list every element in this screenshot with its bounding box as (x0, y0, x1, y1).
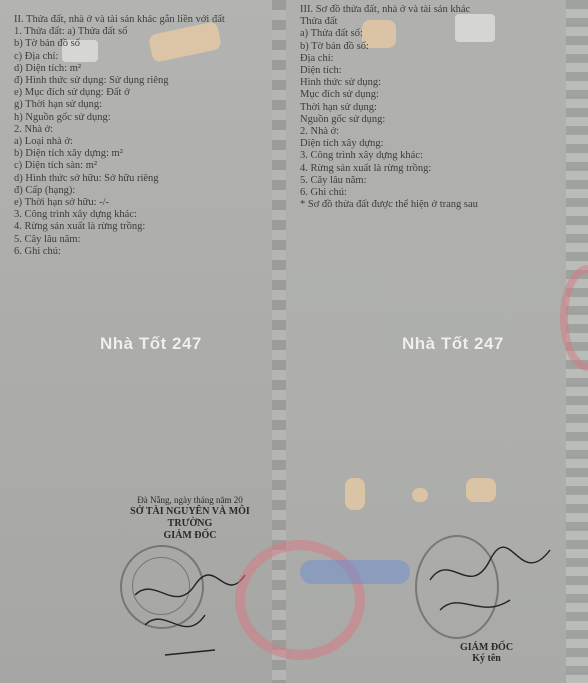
stain-mark (466, 478, 496, 502)
text-line: c) Địa chỉ: (14, 51, 264, 63)
text-line: III. Sơ đồ thửa đất, nhà ở và tài sản kh… (300, 4, 550, 16)
text-line: Hình thức sử dụng: (300, 77, 550, 89)
stain-mark (412, 488, 428, 502)
right-page-text: III. Sơ đồ thửa đất, nhà ở và tài sản kh… (300, 4, 550, 211)
text-line: 4. Rừng sản xuất là rừng trồng: (300, 163, 550, 175)
text-line: 3. Công trình xây dựng khác: (14, 209, 264, 221)
text-line: 6. Ghi chú: (300, 187, 550, 199)
text-line: c) Diện tích sàn: m² (14, 160, 264, 172)
text-line: a) Loại nhà ở: (14, 136, 264, 148)
issue-date: Đà Nẵng, ngày tháng năm 20 (110, 494, 270, 506)
text-line: b) Diện tích xây dựng: m² (14, 148, 264, 160)
text-line: đ) Hình thức sử dụng: Sử dụng riêng (14, 75, 264, 87)
text-line: Địa chỉ: (300, 53, 550, 65)
issuer-name: SỞ TÀI NGUYÊN VÀ MÔI TRƯỜNG (110, 506, 270, 530)
text-line: Thời hạn sử dụng: (300, 102, 550, 114)
watermark-left: Nhà Tốt 247 (100, 334, 202, 354)
text-line: 3. Công trình xây dựng khác: (300, 150, 550, 162)
text-line: e) Thời hạn sở hữu: -/- (14, 197, 264, 209)
issuer-role: GIÁM ĐỐC (110, 530, 270, 542)
right-role-2: Ký tên (460, 653, 513, 664)
text-line: 5. Cây lâu năm: (14, 234, 264, 246)
left-signature-block: Đà Nẵng, ngày tháng năm 20 SỞ TÀI NGUYÊN… (110, 494, 270, 542)
text-line: 6. Ghi chú: (14, 246, 264, 258)
text-line: đ) Cấp (hạng): (14, 185, 264, 197)
text-line: Diện tích: (300, 65, 550, 77)
right-signature-block: GIÁM ĐỐC Ký tên (460, 642, 513, 664)
text-line: II. Thửa đất, nhà ở và tài sản khác gắn … (14, 14, 264, 26)
text-line: b) Tờ bản đồ số (14, 38, 264, 50)
text-line: Nguồn gốc sử dụng: (300, 114, 550, 126)
text-line: 2. Nhà ở: (14, 124, 264, 136)
text-line: d) Hình thức sở hữu: Sở hữu riêng (14, 173, 264, 185)
red-stamp (235, 540, 365, 660)
text-line: a) Thửa đất số: (300, 28, 550, 40)
signature-right (410, 520, 560, 640)
text-line: Mục đích sử dụng: (300, 89, 550, 101)
text-line: 4. Rừng sản xuất là rừng trồng: (14, 221, 264, 233)
text-line: 1. Thửa đất: a) Thửa đất số (14, 26, 264, 38)
watermark-right: Nhà Tốt 247 (402, 334, 504, 354)
text-line: d) Diện tích: m² (14, 63, 264, 75)
right-role-1: GIÁM ĐỐC (460, 642, 513, 653)
left-page-text: II. Thửa đất, nhà ở và tài sản khác gắn … (14, 14, 264, 258)
text-line: * Sơ đồ thửa đất được thể hiện ở trang s… (300, 199, 550, 211)
text-line: g) Thời hạn sử dụng: (14, 99, 264, 111)
text-line: 5. Cây lâu năm: (300, 175, 550, 187)
blue-ink-mark (300, 560, 410, 584)
stain-mark (345, 478, 365, 510)
text-line: 2. Nhà ở: (300, 126, 550, 138)
text-line: Diện tích xây dựng: (300, 138, 550, 150)
text-line: b) Tờ bản đồ số: (300, 41, 550, 53)
text-line: e) Mục đích sử dụng: Đất ở (14, 87, 264, 99)
text-line: h) Nguồn gốc sử dụng: (14, 112, 264, 124)
text-line: Thửa đất (300, 16, 550, 28)
